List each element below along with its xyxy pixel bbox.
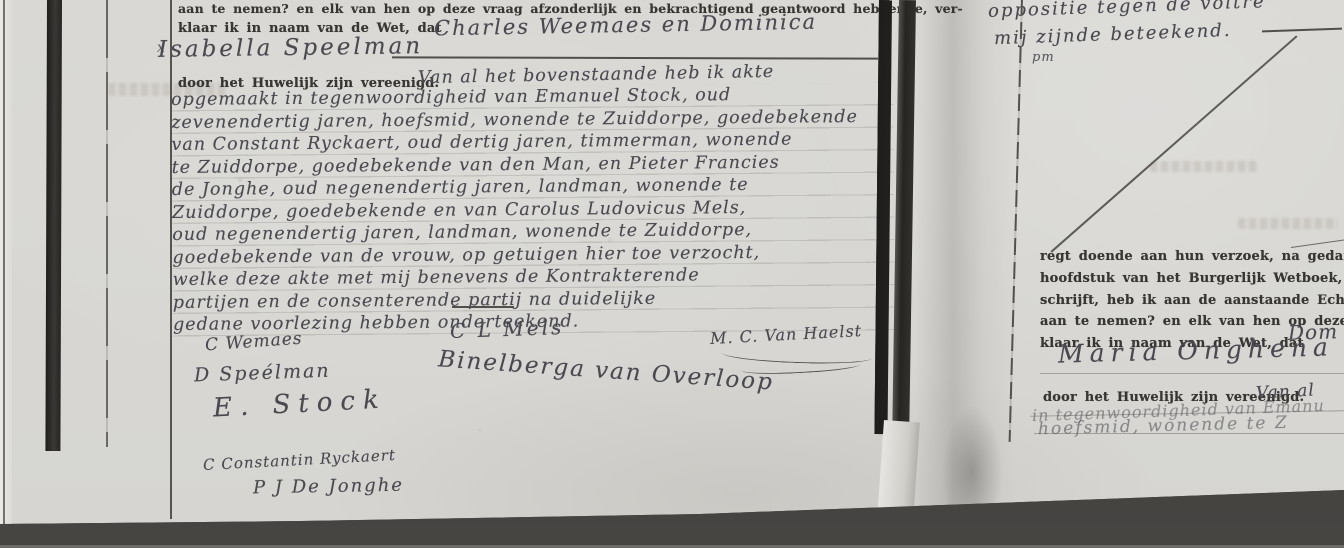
register-scan: aan te nemen? en elk van hen op deze vra… — [0, 0, 1344, 548]
left-page-edge — [0, 0, 12, 530]
rp-baseline-rule — [1040, 373, 1344, 374]
signature-mels: C L Mels — [450, 315, 565, 343]
rp-printed-line: schrijft, heb ik aan de aanstaande Echtg… — [1040, 290, 1344, 312]
left-edge-line — [3, 0, 5, 527]
stray-pen-mark: x — [157, 40, 166, 56]
rp-printed-line: hoofdstuk van het Burgerlijk Wetboek, he… — [1040, 268, 1344, 290]
closing-dash — [452, 306, 514, 308]
left-page-margin-line — [170, 0, 172, 519]
rp-paraph-mark: pm — [1032, 50, 1055, 65]
signature-de-jonghe: P J De Jonghe — [253, 475, 404, 499]
ink-bleed-smudge — [1150, 161, 1258, 172]
rp-baseline-rule-2 — [1034, 433, 1344, 434]
fold-line — [106, 0, 108, 447]
rp-printed-line: regt doende aan hun verzoek, na gedane v… — [1040, 246, 1344, 268]
bride-name-line: Isabella Speelman — [158, 33, 423, 63]
binding-bar-left — [45, 0, 62, 451]
register-body-text: opgemaakt in tegenwoordigheid van Emanue… — [171, 83, 895, 337]
ink-bleed-smudge — [1238, 218, 1338, 229]
